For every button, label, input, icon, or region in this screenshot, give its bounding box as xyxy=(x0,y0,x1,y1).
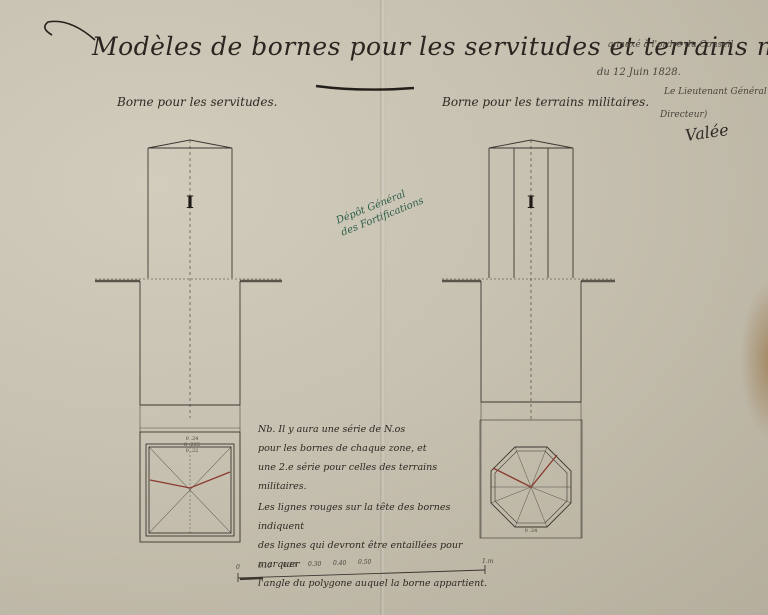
title-flourish xyxy=(45,21,95,40)
right-dim-1: 0 .24 xyxy=(525,528,538,534)
scale-tick: 0.30 xyxy=(308,561,321,568)
note-line: une 2.e série pour celles des terrains xyxy=(258,458,488,477)
note-line: Les lignes rouges sur la tête des bornes… xyxy=(258,498,488,536)
drawing-sheet: Modèles de bornes pour les servitudes et… xyxy=(0,0,768,615)
note-line: pour les bornes de chaque zone, et xyxy=(258,439,488,458)
left-dim-3: 0 .22 xyxy=(186,448,199,454)
scale-tick: 0.40 xyxy=(333,560,346,567)
scale-end-label: 1.m xyxy=(482,558,493,565)
note-line: Nb. Il y aura une série de N.os xyxy=(258,420,488,439)
scale-tick: 0 xyxy=(236,564,240,571)
scale-tick: 0.20 xyxy=(283,562,296,569)
note-line: militaires. xyxy=(258,477,488,496)
title-underline xyxy=(316,86,414,90)
right-marker: I xyxy=(527,193,535,213)
scale-tick: 0.50 xyxy=(358,559,371,566)
note-line: l'angle du polygone auquel la borne appa… xyxy=(258,574,488,593)
scale-tick: 0.10 xyxy=(258,563,271,570)
right-borne-plan xyxy=(480,420,582,538)
left-marker: I xyxy=(186,193,194,213)
